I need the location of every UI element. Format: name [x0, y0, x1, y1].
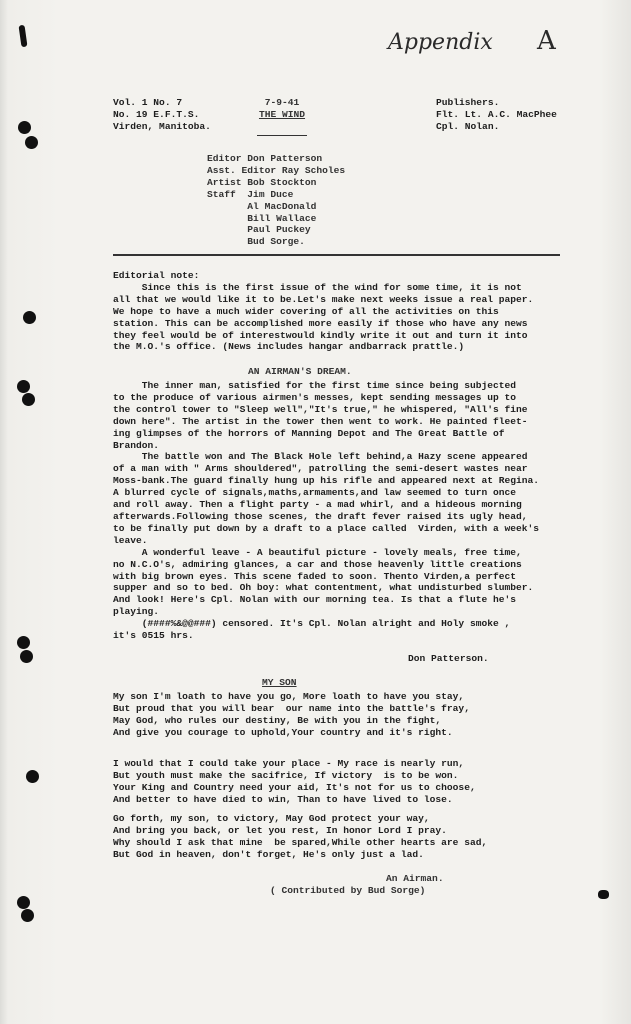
story-line: Brandon. — [113, 440, 539, 452]
poem-line: But God in heaven, don't forget, He's on… — [113, 849, 487, 861]
editorial-note: Editorial note: Since this is the first … — [113, 270, 533, 353]
story-signature: Don Patterson. — [408, 653, 489, 665]
punch-hole — [18, 121, 31, 134]
header-center: 7-9-41 THE WIND — [257, 97, 307, 121]
staff-line: Editor Don Patterson — [207, 153, 345, 165]
story-line: no N.C.O's, admiring glances, a car and … — [113, 559, 539, 571]
story-line: The inner man, satisfied for the first t… — [113, 380, 539, 392]
punch-hole — [20, 650, 33, 663]
staff-line: Paul Puckey — [207, 224, 345, 236]
editorial-line: they feel would be of interestwould kind… — [113, 330, 533, 342]
poem-line: But youth must make the sacifrice, If vi… — [113, 770, 476, 782]
story-line: leave. — [113, 535, 539, 547]
poem-line: I would that I could take your place - M… — [113, 758, 476, 770]
handwritten-appendix-letter: A — [537, 26, 556, 56]
story-line: afterwards.Following those scenes, the d… — [113, 511, 539, 523]
poem-line: And better to have died to win, Than to … — [113, 794, 476, 806]
handwritten-appendix-label: Appendix — [388, 30, 493, 55]
punch-hole — [21, 909, 34, 922]
poem-title: MY SON — [262, 677, 297, 689]
poem-line: My son I'm loath to have you go, More lo… — [113, 691, 470, 703]
editorial-line: Since this is the first issue of the win… — [113, 282, 533, 294]
poem-line: But proud that you will bear our name in… — [113, 703, 470, 715]
punch-hole — [23, 311, 36, 324]
editorial-heading: Editorial note: — [113, 270, 533, 282]
poem-line: May God, who rules our destiny, Be with … — [113, 715, 470, 727]
title-underline-rule — [257, 135, 307, 136]
punch-hole — [17, 380, 30, 393]
poem-stanza-1: My son I'm loath to have you go, More lo… — [113, 691, 470, 739]
section-divider — [113, 254, 560, 256]
staff-line: Artist Bob Stockton — [207, 177, 345, 189]
staff-line: Bud Sorge. — [207, 236, 345, 248]
unit-name: No. 19 E.F.T.S. — [113, 109, 211, 121]
staff-line: Asst. Editor Ray Scholes — [207, 165, 345, 177]
poem-line: Go forth, my son, to victory, May God pr… — [113, 813, 487, 825]
document-page: Appendix A Vol. 1 No. 7 No. 19 E.F.T.S. … — [0, 0, 631, 1024]
punch-hole — [22, 393, 35, 406]
story-line: of a man with " Arms shouldered", patrol… — [113, 463, 539, 475]
story-line: ing glimpses of the horrors of Manning D… — [113, 428, 539, 440]
poem-line: And bring you back, or let you rest, In … — [113, 825, 487, 837]
story-line: And look! Here's Cpl. Nolan with our mor… — [113, 594, 539, 606]
story-signature-text: Don Patterson. — [408, 653, 489, 665]
issue-date: 7-9-41 — [257, 97, 307, 109]
poem-stanza-2: I would that I could take your place - M… — [113, 758, 476, 806]
volume-number: Vol. 1 No. 7 — [113, 97, 211, 109]
header-right: Publishers. Flt. Lt. A.C. MacPhee Cpl. N… — [436, 97, 557, 133]
newsletter-title: THE WIND — [257, 109, 307, 121]
story-line: The battle won and The Black Hole left b… — [113, 451, 539, 463]
location: Virden, Manitoba. — [113, 121, 211, 133]
editorial-line: We hope to have a much wider covering of… — [113, 306, 533, 318]
publisher-name-2: Cpl. Nolan. — [436, 121, 557, 133]
story-line: the control tower to "Sleep well","It's … — [113, 404, 539, 416]
punch-hole — [25, 136, 38, 149]
ink-blot — [598, 890, 609, 899]
punch-hole — [17, 896, 30, 909]
story-title: AN AIRMAN'S DREAM. — [248, 366, 352, 378]
poem-line: And give you courage to uphold,Your coun… — [113, 727, 470, 739]
staff-line: Staff Jim Duce — [207, 189, 345, 201]
staff-list: Editor Don Patterson Asst. Editor Ray Sc… — [207, 153, 345, 248]
staff-line: Al MacDonald — [207, 201, 345, 213]
publishers-label: Publishers. — [436, 97, 557, 109]
story-line: A wonderful leave - A beautiful picture … — [113, 547, 539, 559]
story-body: The inner man, satisfied for the first t… — [113, 380, 539, 642]
punch-hole — [26, 770, 39, 783]
staff-line: Bill Wallace — [207, 213, 345, 225]
publisher-name-1: Flt. Lt. A.C. MacPhee — [436, 109, 557, 121]
story-line: supper and so to bed. Oh boy: what conte… — [113, 582, 539, 594]
punch-hole — [17, 636, 30, 649]
story-line: (####%&@@###) censored. It's Cpl. Nolan … — [113, 618, 539, 630]
poem-signature-text: An Airman. — [386, 873, 444, 885]
header-left: Vol. 1 No. 7 No. 19 E.F.T.S. Virden, Man… — [113, 97, 211, 133]
editorial-line: the M.O.'s office. (News includes hangar… — [113, 341, 533, 353]
story-line: Moss-bank.The guard finally hung up his … — [113, 475, 539, 487]
story-line: to the produce of various airmen's messe… — [113, 392, 539, 404]
poem-line: Why should I ask that mine be spared,Whi… — [113, 837, 487, 849]
story-line: it's 0515 hrs. — [113, 630, 539, 642]
poem-credit-text: ( Contributed by Bud Sorge) — [270, 885, 425, 897]
editorial-line: all that we would like it to be.Let's ma… — [113, 294, 533, 306]
story-line: to be finally put down by a draft to a p… — [113, 523, 539, 535]
story-line: A blurred cycle of signals,maths,armamen… — [113, 487, 539, 499]
story-line: with big brown eyes. This scene faded to… — [113, 571, 539, 583]
story-title-text: AN AIRMAN'S DREAM. — [248, 366, 352, 378]
poem-title-text: MY SON — [262, 677, 297, 689]
story-line: playing. — [113, 606, 539, 618]
poem-line: Your King and Country need your aid, It'… — [113, 782, 476, 794]
editorial-line: station. This can be accomplished more e… — [113, 318, 533, 330]
story-line: down here". The artist in the tower then… — [113, 416, 539, 428]
poem-credit: ( Contributed by Bud Sorge) — [270, 885, 425, 897]
margin-mark — [18, 25, 27, 48]
story-line: and roll away. Then a flight party - a m… — [113, 499, 539, 511]
poem-signature: An Airman. — [386, 873, 444, 885]
poem-stanza-3: Go forth, my son, to victory, May God pr… — [113, 813, 487, 861]
